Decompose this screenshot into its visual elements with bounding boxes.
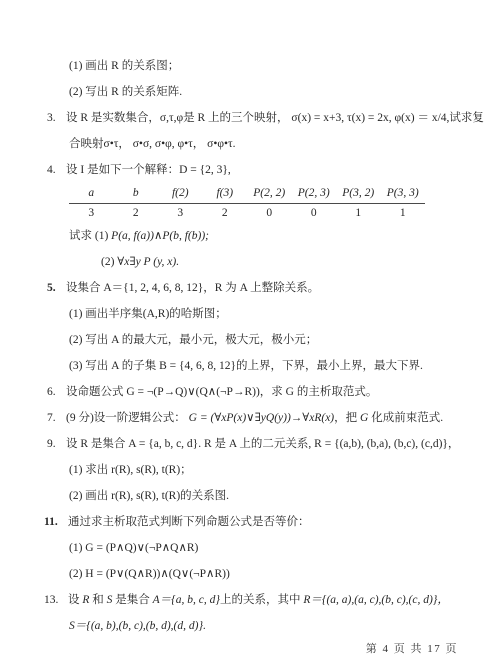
- question-number: 13.: [44, 587, 68, 613]
- q4-sub1: 试求 (1) P(a, f(a))∧P(b, f(b));: [47, 223, 487, 249]
- q13-heading: 13.设 R 和 S 是集合 A＝{a, b, c, d}上的关系，其中 R＝{…: [47, 587, 487, 613]
- table-header-cell: P(3, 2): [336, 183, 381, 204]
- table-value-cell: 1: [381, 204, 426, 224]
- q9-sub1: (1) 求出 r(R), s(R), t(R)；: [47, 457, 487, 483]
- q11-sub1: (1) G = (P∧Q)∨(¬P∧Q∧R): [47, 535, 487, 561]
- table-header-row: a b f(2) f(3) P(2, 2) P(2, 3) P(3, 2) P(…: [69, 183, 425, 204]
- q9-heading: 9.设 R 是集合 A = {a, b, c, d}. R 是 A 上的二元关系…: [47, 431, 487, 457]
- q9-text: 设 R 是集合 A = {a, b, c, d}. R 是 A 上的二元关系, …: [66, 438, 459, 450]
- page-footer: 第 4 页 共 17 页: [366, 640, 458, 656]
- q13-continuation: S＝{(a, b),(b, c),(b, d),(d, d)}.: [47, 613, 487, 639]
- question-number: 4.: [47, 157, 66, 183]
- table-header-cell: a: [69, 183, 114, 204]
- q5-sub1: (1) 画出半序集(A,R)的哈斯图；: [47, 301, 487, 327]
- q5-text: 设集合 A＝{1, 2, 4, 6, 8, 12}，R 为 A 上整除关系。: [66, 282, 319, 294]
- q2-sub1: (1) 画出 R 的关系图；: [47, 53, 487, 79]
- q7-text: (9 分)设一阶逻辑公式： G = (∀xP(x)∨∃yQ(y))→∀xR(x)…: [66, 412, 443, 424]
- table-header-cell: b: [114, 183, 159, 204]
- table-header-cell: P(2, 2): [247, 183, 292, 204]
- page-content: (1) 画出 R 的关系图； (2) 写出 R 的关系矩阵. 3.设 R 是实数…: [47, 53, 487, 639]
- q5-sub2: (2) 写出 A 的最大元，最小元，极大元，极小元；: [47, 327, 487, 353]
- question-number: 9.: [47, 431, 66, 457]
- question-number: 5.: [47, 275, 66, 301]
- q9-sub2: (2) 画出 r(R), s(R), t(R)的关系图.: [47, 483, 487, 509]
- question-number: 6.: [47, 379, 66, 405]
- q3-continuation: 合映射σ•τ， σ•σ, σ•φ, φ•τ， σ•φ•τ.: [47, 131, 487, 157]
- table-header-cell: f(3): [203, 183, 248, 204]
- q13-text: 设 R 和 S 是集合 A＝{a, b, c, d}上的关系，其中 R＝{(a,…: [68, 594, 449, 606]
- table-value-cell: 3: [158, 204, 203, 224]
- q3-heading: 3.设 R 是实数集合，σ,τ,φ是 R 上的三个映射， σ(x) = x+3,…: [47, 105, 487, 131]
- table-value-cell: 0: [247, 204, 292, 224]
- table-value-cell: 1: [336, 204, 381, 224]
- interpretation-table-header: a b f(2) f(3) P(2, 2) P(2, 3) P(3, 2) P(…: [69, 183, 425, 204]
- q11-heading: 11.通过求主析取范式判断下列命题公式是否等价：: [47, 509, 487, 535]
- interpretation-table-body: 3 2 3 2 0 0 1 1: [69, 204, 425, 224]
- table-value-row: 3 2 3 2 0 0 1 1: [69, 204, 425, 224]
- q6-heading: 6.设命题公式 G = ¬(P→Q)∨(Q∧(¬P→R))，求 G 的主析取范式…: [47, 379, 487, 405]
- page-number-text: 第 4 页 共 17 页: [366, 643, 458, 655]
- q3-text: 设 R 是实数集合，σ,τ,φ是 R 上的三个映射， σ(x) = x+3, τ…: [66, 112, 484, 124]
- q4-heading: 4.设 I 是如下一个解释：D = {2, 3},: [47, 157, 487, 183]
- table-value-cell: 2: [114, 204, 159, 224]
- table-header-cell: P(2, 3): [292, 183, 337, 204]
- table-value-cell: 2: [203, 204, 248, 224]
- interpretation-table: a b f(2) f(3) P(2, 2) P(2, 3) P(3, 2) P(…: [69, 183, 425, 223]
- q6-text: 设命题公式 G = ¬(P→Q)∨(Q∧(¬P→R))，求 G 的主析取范式。: [66, 386, 377, 398]
- q5-sub3: (3) 写出 A 的子集 B = {4, 6, 8, 12}的上界，下界，最小上…: [47, 353, 487, 379]
- table-header-cell: P(3, 3): [381, 183, 426, 204]
- question-number: 3.: [47, 105, 66, 131]
- q11-text: 通过求主析取范式判断下列命题公式是否等价：: [68, 516, 310, 528]
- q7-heading: 7.(9 分)设一阶逻辑公式： G = (∀xP(x)∨∃yQ(y))→∀xR(…: [47, 405, 487, 431]
- q2-sub2: (2) 写出 R 的关系矩阵.: [47, 79, 487, 105]
- table-header-cell: f(2): [158, 183, 203, 204]
- q4-sub2: (2) ∀x∃y P (y, x).: [47, 249, 487, 275]
- q11-sub2: (2) H = (P∨(Q∧R))∧(Q∨(¬P∧R)): [47, 561, 487, 587]
- question-number: 11.: [44, 509, 68, 535]
- question-number: 7.: [47, 405, 66, 431]
- document-page: (1) 画出 R 的关系图； (2) 写出 R 的关系矩阵. 3.设 R 是实数…: [0, 0, 500, 670]
- q4-text: 设 I 是如下一个解释：D = {2, 3},: [66, 164, 231, 176]
- table-value-cell: 3: [69, 204, 114, 224]
- table-value-cell: 0: [292, 204, 337, 224]
- q5-heading: 5.设集合 A＝{1, 2, 4, 6, 8, 12}，R 为 A 上整除关系。: [47, 275, 487, 301]
